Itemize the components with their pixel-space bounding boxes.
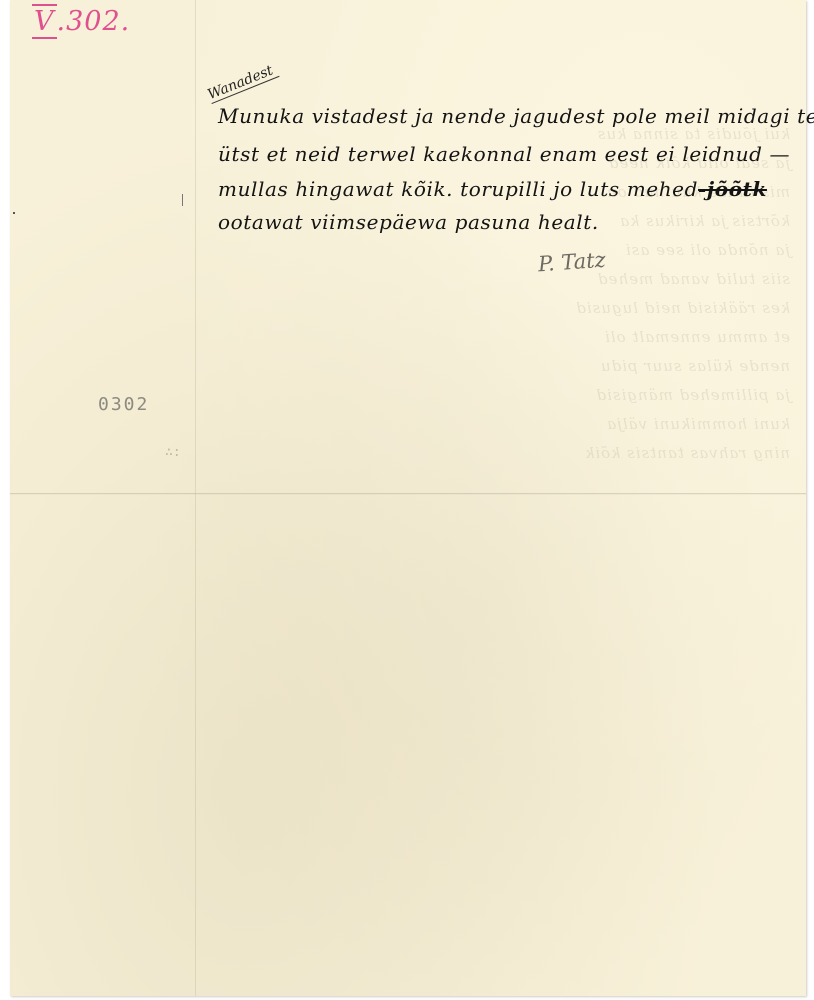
handwritten-line: ütst et neid terwel kaekonnal enam eest … — [218, 142, 814, 166]
struck-word: -jõõtk — [698, 177, 767, 201]
margin-tick — [182, 194, 183, 206]
bleed-line: nende külas suur pidu — [220, 352, 790, 381]
signature: P. Tatz — [537, 248, 606, 277]
bleed-line: ja nõnda oli see asi — [220, 236, 790, 265]
bleed-line: kes rääkisid neid lugusid — [220, 294, 790, 323]
title-note: Wanadest — [205, 61, 279, 104]
bleed-line: et ammu ennemalt oli — [220, 323, 790, 352]
line-text: mullas hingawat kõik. torupilli jo luts … — [218, 177, 698, 201]
bleed-line: siis tulid vanad mehed — [220, 265, 790, 294]
handwritten-line: ootawat viimsepäewa pasuna healt. — [218, 210, 814, 234]
margin-mark — [13, 212, 15, 214]
handwritten-line: mullas hingawat kõik. torupilli jo luts … — [218, 177, 814, 201]
archive-volume: V — [32, 4, 57, 39]
document-page: kui jõudis ta sinna kus ja seal olid kõi… — [10, 0, 806, 996]
faint-stamp: ∴: — [165, 445, 181, 460]
bleed-line: ja pillimehed mängisid — [220, 381, 790, 410]
archive-mark: V.302. — [32, 6, 130, 37]
stamp-number: 0302 — [98, 394, 149, 415]
horizontal-fold — [10, 493, 806, 495]
handwritten-line: Munuka vistadest ja nende jagudest pole … — [218, 104, 814, 128]
vertical-fold — [195, 0, 196, 996]
bleed-line: kuni hommikuni välja — [220, 410, 790, 439]
bleed-line: ning rahvas tantsis kõik — [220, 439, 790, 468]
archive-number: .302. — [57, 6, 131, 37]
bleed-through-text: kui jõudis ta sinna kus ja seal olid kõi… — [220, 120, 790, 468]
